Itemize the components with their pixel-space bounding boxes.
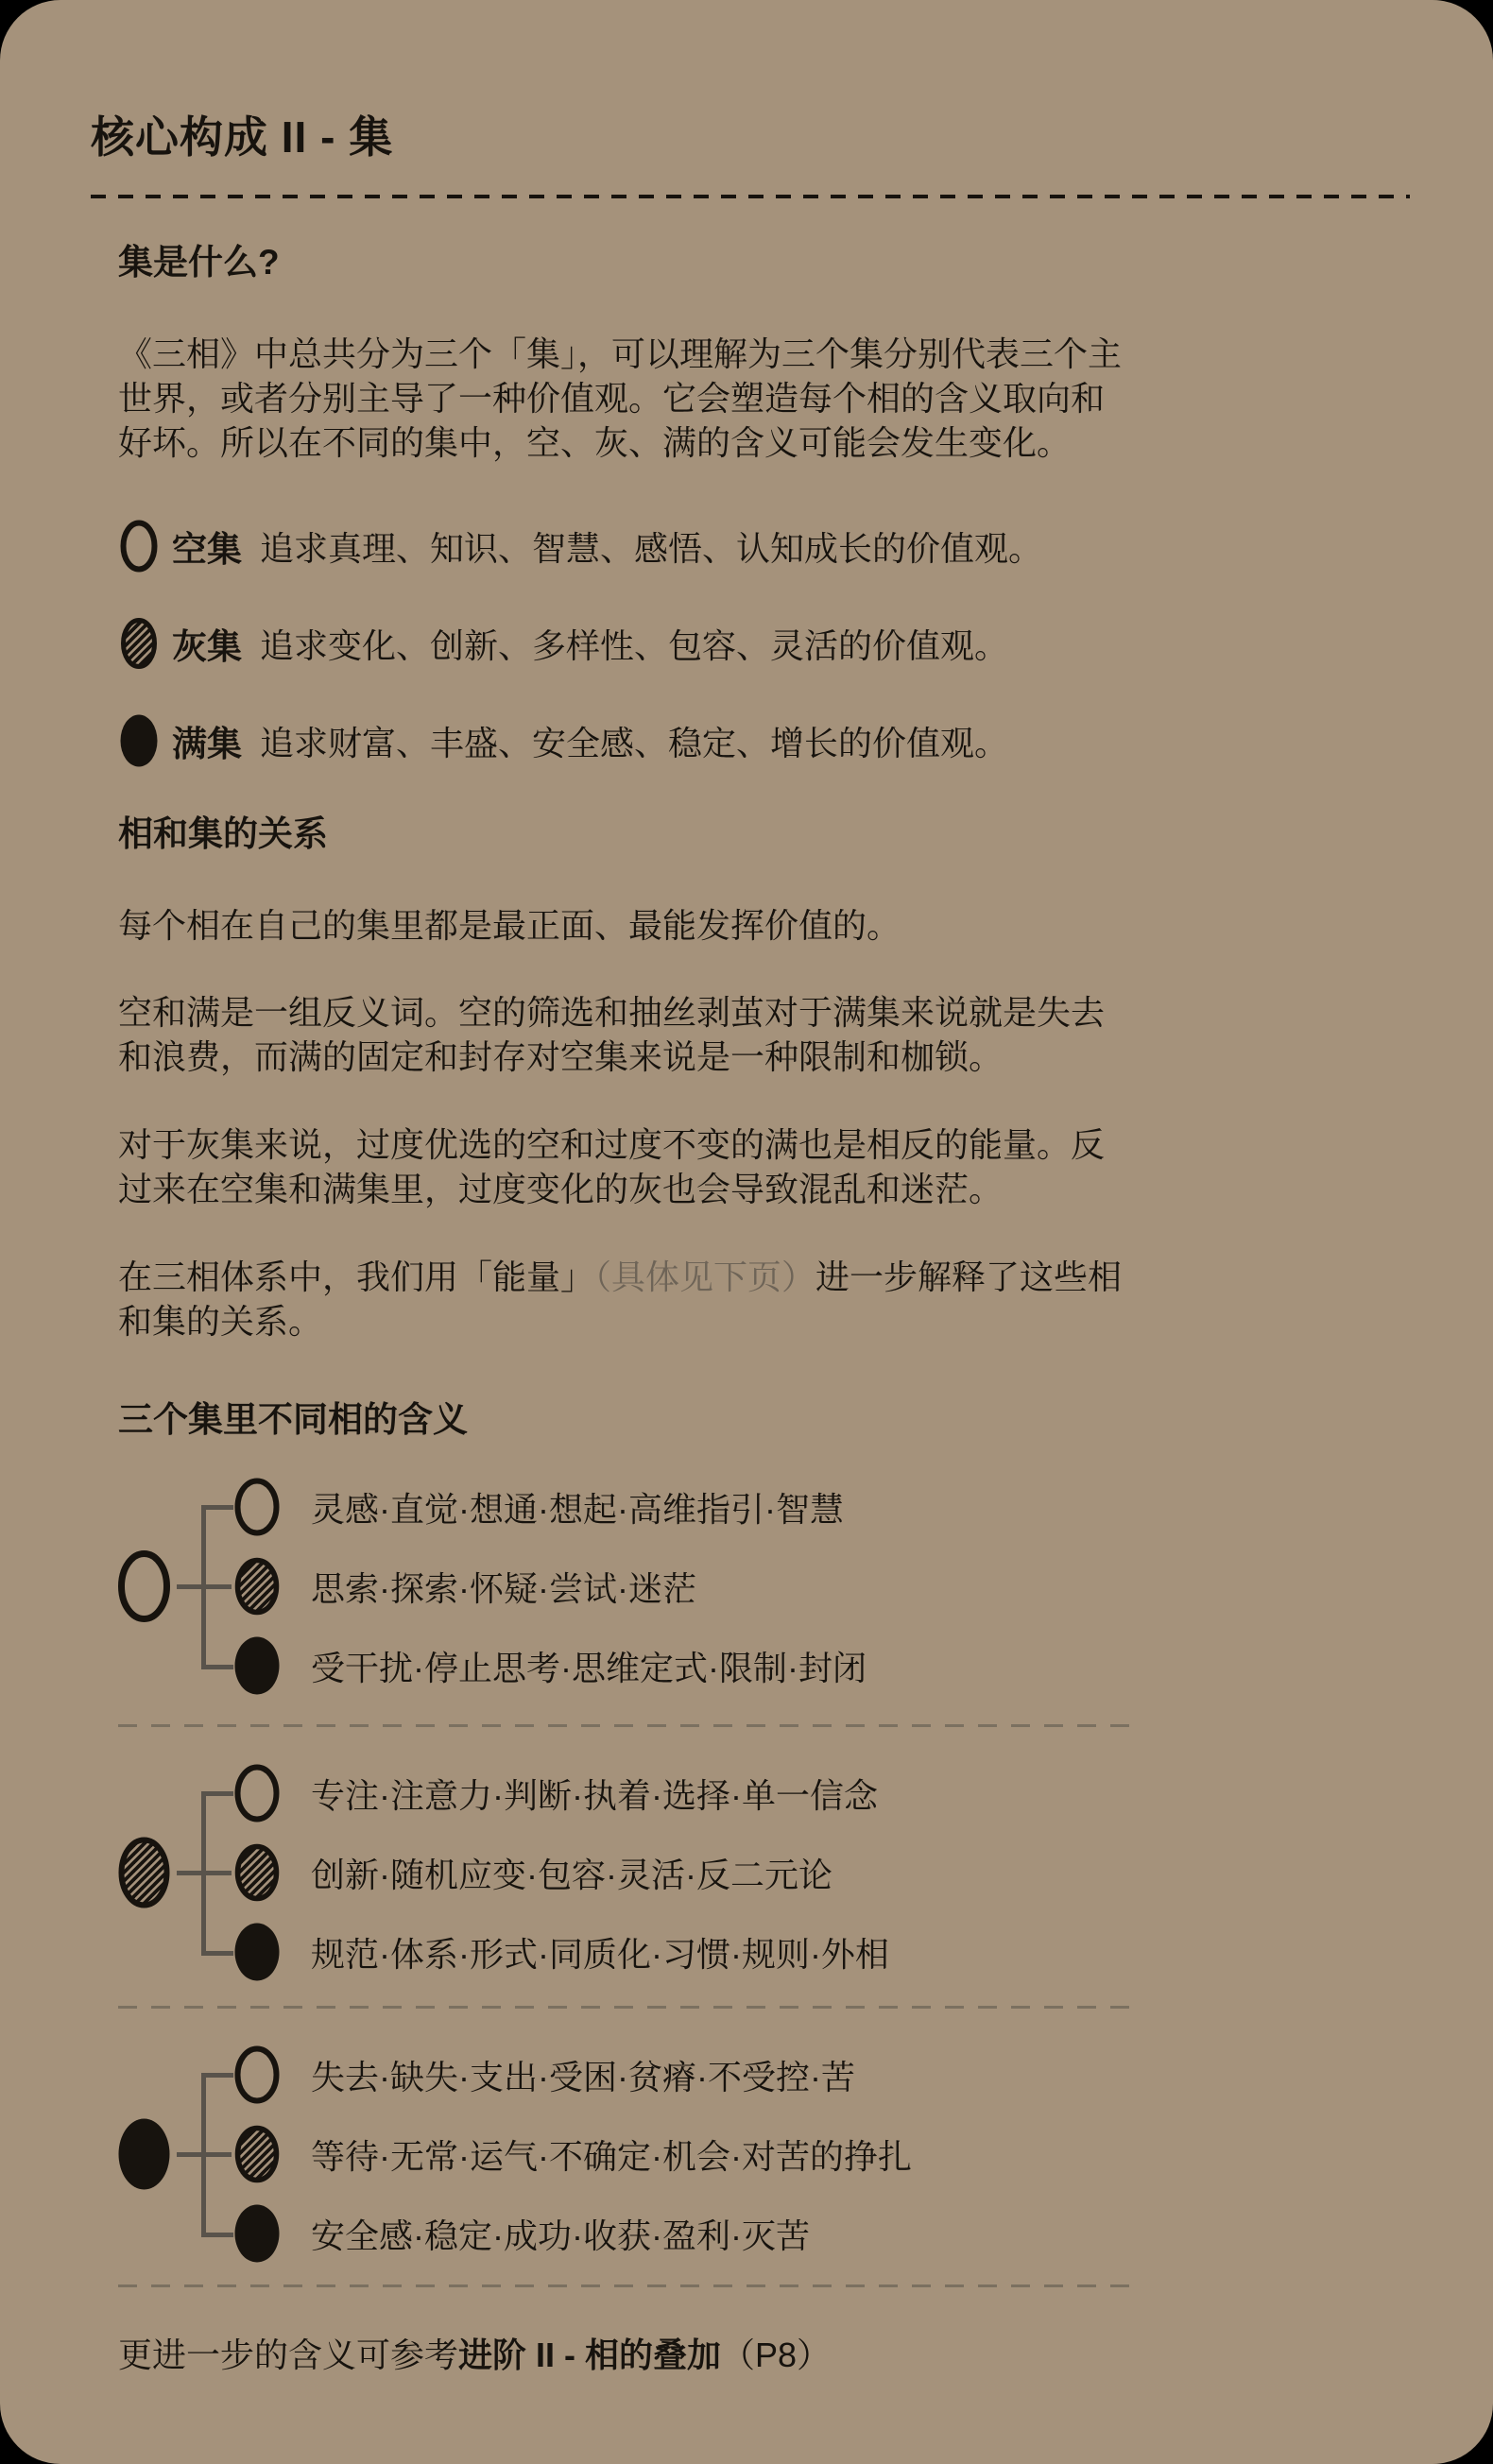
tree-group-gray-set: 专注·注意力·判断·执着·选择·单一信念 创新·随机应变·包容·灵活·反二元论 …: [118, 1754, 1410, 1992]
tree-row: 安全感·稳定·成功·收获·盈利·灭苦: [234, 2194, 1410, 2273]
tree-row: 创新·随机应变·包容·灵活·反二元论: [234, 1833, 1410, 1912]
empty-circle-icon: [120, 520, 158, 573]
paragraph-segment: 在三相体系中，我们用「能量」: [118, 1258, 594, 1296]
empty-circle-icon: [118, 1549, 170, 1623]
section-heading-meanings: 三个集里不同相的含义: [118, 1398, 1410, 1442]
paragraph-line: 和浪费，而满的固定和封存对空集来说是一种限制和枷锁。: [118, 1035, 1410, 1079]
empty-circle-icon: [234, 1478, 280, 1536]
relation-paragraph-2: 空和满是一组反义词。空的筛选和抽丝剥茧对于满集来说就是失去 和浪费，而满的固定和…: [118, 990, 1410, 1079]
tree-bracket-line: [201, 1951, 233, 1956]
tree-row: 灵感·直觉·想通·想起·高维指引·智慧: [234, 1467, 1410, 1547]
tree-divider: [118, 2006, 1139, 2009]
tree-bracket-line: [201, 1791, 233, 1796]
tree-group-full-set: 失去·缺失·支出·受困·贫瘠·不受控·苦 等待·无常·运气·不确定·机会·对苦的…: [118, 2035, 1410, 2273]
footer-segment: （P8）: [721, 2336, 831, 2374]
paragraph-line: 在三相体系中，我们用「能量」（具体见下页）进一步解释了这些相: [118, 1255, 1410, 1299]
page-body: 集是什么? 《三相》中总共分为三个「集」，可以理解为三个集分别代表三个主 世界，…: [118, 241, 1410, 2378]
legend-label: 满集: [172, 715, 242, 766]
tree-bracket-line: [201, 1665, 233, 1669]
intro-line: 好坏。所以在不同的集中，空、灰、满的含义可能会发生变化。: [118, 420, 1410, 465]
paragraph-line: 空和满是一组反义词。空的筛选和抽丝剥茧对于满集来说就是失去: [118, 990, 1410, 1035]
hatched-circle-icon: [234, 2125, 280, 2183]
intro-line: 《三相》中总共分为三个「集」，可以理解为三个集分别代表三个主: [118, 332, 1410, 376]
filled-circle-icon: [120, 714, 158, 767]
page-title: 核心构成 II - 集: [91, 113, 1410, 161]
footer-reference-bold: 进阶 II - 相的叠加: [458, 2336, 721, 2374]
footer-segment: 更进一步的含义可参考: [118, 2336, 458, 2374]
tree-bracket-line: [201, 1505, 233, 1510]
empty-circle-icon: [234, 1764, 280, 1822]
tree-row: 思索·探索·怀疑·尝试·迷茫: [234, 1547, 1410, 1626]
paragraph-line: 过来在空集和满集里，过度变化的灰也会导致混乱和迷茫。: [118, 1167, 1410, 1211]
intro-paragraph: 《三相》中总共分为三个「集」，可以理解为三个集分别代表三个主 世界，或者分别主导…: [118, 332, 1410, 465]
paragraph-segment: 进一步解释了这些相: [815, 1258, 1122, 1296]
set-legend: 空集 追求真理、知识、智慧、感悟、认知成长的价值观。 灰集 追求变化、创新、多样…: [118, 520, 1410, 767]
relation-paragraph-4: 在三相体系中，我们用「能量」（具体见下页）进一步解释了这些相 和集的关系。: [118, 1255, 1410, 1343]
relation-paragraph-1: 每个相在自己的集里都是最正面、最能发挥价值的。: [118, 903, 1410, 948]
section-heading-relation: 相和集的关系: [118, 813, 1410, 856]
hatched-circle-icon: [120, 617, 158, 670]
footer-reference-note: 更进一步的含义可参考进阶 II - 相的叠加（P8）: [118, 2333, 1410, 2378]
hatched-circle-icon: [234, 1843, 280, 1902]
tree-bracket-line: [177, 1584, 232, 1589]
tree-row-text: 思索·探索·怀疑·尝试·迷茫: [311, 1563, 696, 1611]
filled-circle-icon: [234, 1636, 280, 1695]
paragraph-line: 每个相在自己的集里都是最正面、最能发挥价值的。: [118, 903, 1410, 948]
paragraph-line: 对于灰集来说，过度优选的空和过度不变的满也是相反的能量。反: [118, 1122, 1410, 1167]
see-next-page-note: （具体见下页）: [594, 1258, 815, 1296]
tree-row: 等待·无常·运气·不确定·机会·对苦的挣扎: [234, 2114, 1410, 2194]
tree-row: 规范·体系·形式·同质化·习惯·规则·外相: [234, 1912, 1410, 1992]
legend-desc: 追求变化、创新、多样性、包容、灵活的价值观。: [260, 620, 1008, 668]
tree-row-text: 失去·缺失·支出·受困·贫瘠·不受控·苦: [311, 2051, 855, 2099]
tree-bracket-line: [177, 1871, 232, 1875]
tree-divider: [118, 2284, 1139, 2287]
tree-row: 受干扰·停止思考·思维定式·限制·封闭: [234, 1626, 1410, 1705]
tree-row-text: 规范·体系·形式·同质化·习惯·规则·外相: [311, 1928, 889, 1976]
legend-desc: 追求真理、知识、智慧、感悟、认知成长的价值观。: [260, 522, 1042, 571]
tree-row-text: 安全感·稳定·成功·收获·盈利·灭苦: [311, 2210, 810, 2258]
tree-row-text: 专注·注意力·判断·执着·选择·单一信念: [311, 1770, 878, 1818]
legend-desc: 追求财富、丰盛、安全感、稳定、增长的价值观。: [260, 717, 1008, 765]
tree-row: 失去·缺失·支出·受困·贫瘠·不受控·苦: [234, 2035, 1410, 2114]
tree-group-empty-set: 灵感·直觉·想通·想起·高维指引·智慧 思索·探索·怀疑·尝试·迷茫 受干扰·停…: [118, 1467, 1410, 1705]
tree-bracket-line: [177, 2152, 232, 2157]
legend-row-full-set: 满集 追求财富、丰盛、安全感、稳定、增长的价值观。: [118, 714, 1410, 767]
legend-row-empty-set: 空集 追求真理、知识、智慧、感悟、认知成长的价值观。: [118, 520, 1410, 573]
paragraph-line: 和集的关系。: [118, 1299, 1410, 1343]
page-card: 核心构成 II - 集 集是什么? 《三相》中总共分为三个「集」，可以理解为三个…: [0, 0, 1493, 2464]
filled-circle-icon: [118, 2117, 170, 2191]
tree-row-text: 受干扰·停止思考·思维定式·限制·封闭: [311, 1642, 867, 1690]
tree-row-text: 创新·随机应变·包容·灵活·反二元论: [311, 1849, 832, 1897]
empty-circle-icon: [234, 2045, 280, 2104]
filled-circle-icon: [234, 1923, 280, 1981]
filled-circle-icon: [234, 2204, 280, 2263]
legend-label: 灰集: [172, 618, 242, 669]
tree-row-text: 等待·无常·运气·不确定·机会·对苦的挣扎: [311, 2130, 912, 2179]
tree-row: 专注·注意力·判断·执着·选择·单一信念: [234, 1754, 1410, 1833]
title-divider: [91, 195, 1410, 198]
relation-paragraph-3: 对于灰集来说，过度优选的空和过度不变的满也是相反的能量。反 过来在空集和满集里，…: [118, 1122, 1410, 1211]
hatched-circle-icon: [234, 1557, 280, 1616]
legend-label: 空集: [172, 521, 242, 572]
intro-line: 世界，或者分别主导了一种价值观。它会塑造每个相的含义取向和: [118, 376, 1410, 420]
hatched-circle-icon: [118, 1836, 170, 1909]
legend-row-gray-set: 灰集 追求变化、创新、多样性、包容、灵活的价值观。: [118, 617, 1410, 670]
tree-bracket-line: [201, 2233, 233, 2237]
tree-divider: [118, 1724, 1139, 1727]
tree-row-text: 灵感·直觉·想通·想起·高维指引·智慧: [311, 1483, 844, 1531]
section-heading-what-is-set: 集是什么?: [118, 241, 1410, 284]
tree-bracket-line: [201, 2073, 233, 2078]
